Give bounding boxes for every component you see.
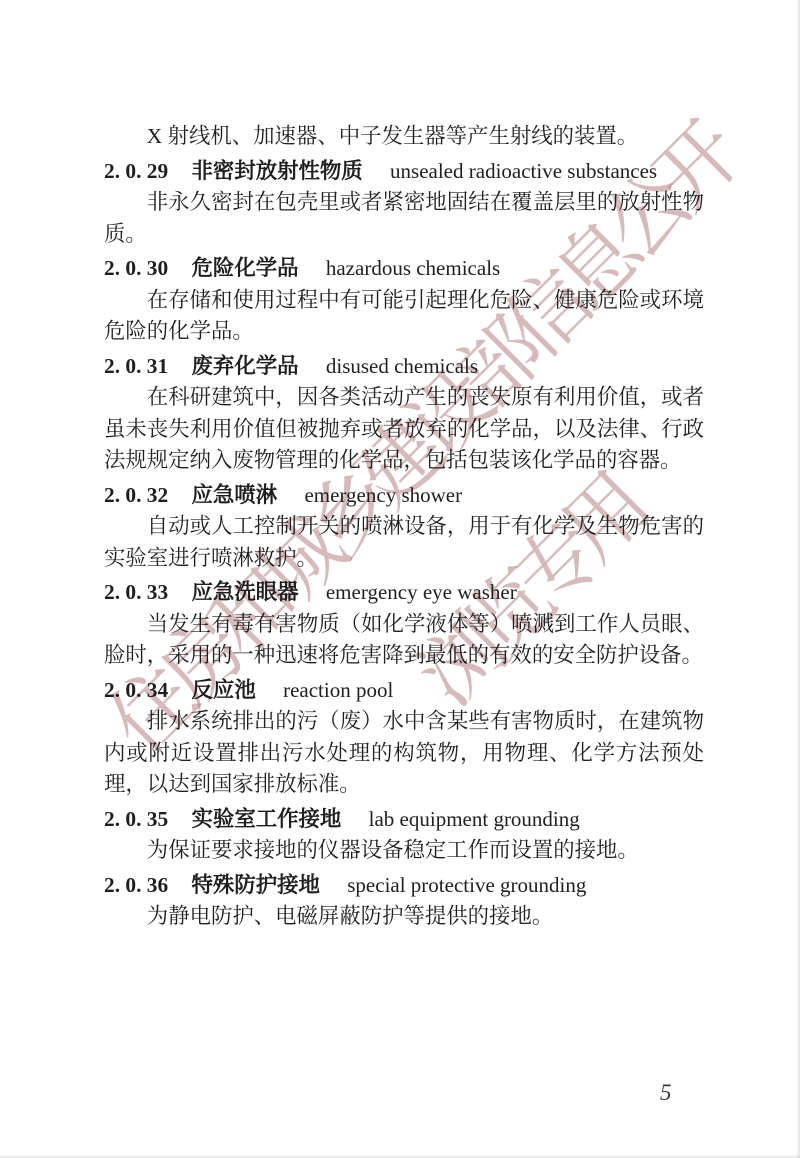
term-en: unsealed radioactive substances <box>390 159 657 183</box>
scan-edge-bottom <box>0 1154 800 1158</box>
scan-edge-right <box>796 0 800 1158</box>
term-number: 2. 0. 36 <box>104 873 168 897</box>
term-heading: 2. 0. 35 实验室工作接地 lab equipment grounding <box>104 804 704 836</box>
term-definition: 当发生有毒有害物质（如化学液体等）喷溅到工作人员眼、脸时，采用的一种迅速将危害降… <box>104 609 704 672</box>
term-zh: 废弃化学品 <box>192 354 299 378</box>
term-entry-2-0-32: 2. 0. 32 应急喷淋 emergency shower 自动或人工控制开关… <box>104 480 704 575</box>
term-en: emergency shower <box>304 483 462 507</box>
term-number: 2. 0. 31 <box>104 354 168 378</box>
term-en: hazardous chemicals <box>326 256 500 280</box>
term-heading: 2. 0. 34 反应池 reaction pool <box>104 675 704 707</box>
term-definition: 为静电防护、电磁屏蔽防护等提供的接地。 <box>104 901 704 933</box>
term-definition: 自动或人工控制开关的喷淋设备，用于有化学及生物危害的实验室进行喷淋救护。 <box>104 511 704 574</box>
term-zh: 实验室工作接地 <box>192 807 342 831</box>
term-definition: 非永久密封在包壳里或者紧密地固结在覆盖层里的放射性物质。 <box>104 187 704 250</box>
term-zh: 特殊防护接地 <box>192 873 320 897</box>
term-heading: 2. 0. 36 特殊防护接地 special protective groun… <box>104 870 704 902</box>
term-number: 2. 0. 30 <box>104 256 168 280</box>
term-number: 2. 0. 29 <box>104 159 168 183</box>
term-entry-2-0-30: 2. 0. 30 危险化学品 hazardous chemicals 在存储和使… <box>104 253 704 348</box>
term-en: emergency eye washer <box>326 580 517 604</box>
document-page: 住房和城乡建设部信息公开 浏览专用 X 射线机、加速器、中子发生器等产生射线的装… <box>0 0 800 1158</box>
term-entry-2-0-33: 2. 0. 33 应急洗眼器 emergency eye washer 当发生有… <box>104 577 704 672</box>
term-zh: 应急洗眼器 <box>192 580 299 604</box>
term-number: 2. 0. 32 <box>104 483 168 507</box>
page-number: 5 <box>660 1080 672 1106</box>
term-entry-2-0-34: 2. 0. 34 反应池 reaction pool 排水系统排出的污（废）水中… <box>104 675 704 801</box>
term-entry-2-0-36: 2. 0. 36 特殊防护接地 special protective groun… <box>104 870 704 933</box>
term-definition: 为保证要求接地的仪器设备稳定工作而设置的接地。 <box>104 835 704 867</box>
term-heading: 2. 0. 32 应急喷淋 emergency shower <box>104 480 704 512</box>
term-en: special protective grounding <box>347 873 586 897</box>
term-zh: 反应池 <box>192 678 256 702</box>
term-heading: 2. 0. 30 危险化学品 hazardous chemicals <box>104 253 704 285</box>
term-heading: 2. 0. 29 非密封放射性物质 unsealed radioactive s… <box>104 156 704 188</box>
term-definition: 在科研建筑中，因各类活动产生的丧失原有利用价值，或者虽未丧失利用价值但被抛弃或者… <box>104 382 704 477</box>
term-en: disused chemicals <box>326 354 478 378</box>
term-definition: 排水系统排出的污（废）水中含某些有害物质时，在建筑物内或附近设置排出污水处理的构… <box>104 706 704 801</box>
term-zh: 危险化学品 <box>192 256 299 280</box>
term-en: lab equipment grounding <box>369 807 580 831</box>
term-number: 2. 0. 34 <box>104 678 168 702</box>
terms-section: X 射线机、加速器、中子发生器等产生射线的装置。 2. 0. 29 非密封放射性… <box>104 121 704 933</box>
term-zh: 非密封放射性物质 <box>192 159 363 183</box>
term-entry-2-0-29: 2. 0. 29 非密封放射性物质 unsealed radioactive s… <box>104 156 704 251</box>
term-heading: 2. 0. 33 应急洗眼器 emergency eye washer <box>104 577 704 609</box>
term-en: reaction pool <box>283 678 393 702</box>
continuation-paragraph: X 射线机、加速器、中子发生器等产生射线的装置。 <box>104 121 704 153</box>
term-entry-2-0-35: 2. 0. 35 实验室工作接地 lab equipment grounding… <box>104 804 704 867</box>
term-zh: 应急喷淋 <box>192 483 278 507</box>
term-number: 2. 0. 35 <box>104 807 168 831</box>
term-number: 2. 0. 33 <box>104 580 168 604</box>
term-definition: 在存储和使用过程中有可能引起理化危险、健康危险或环境危险的化学品。 <box>104 285 704 348</box>
term-heading: 2. 0. 31 废弃化学品 disused chemicals <box>104 351 704 383</box>
term-entry-2-0-31: 2. 0. 31 废弃化学品 disused chemicals 在科研建筑中，… <box>104 351 704 477</box>
